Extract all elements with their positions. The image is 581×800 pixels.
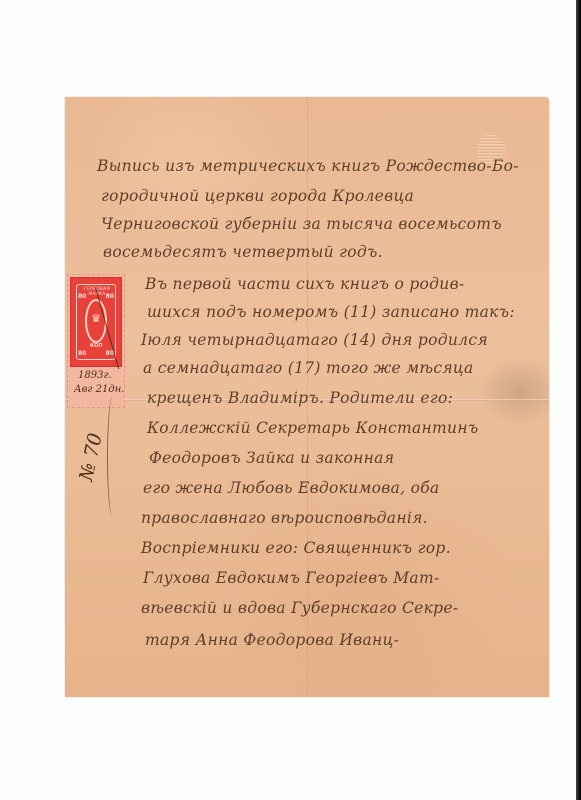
stamp-frame: ГЕРБОВАЯ МАРКА ♛ 80 80 80 80 КОП: [76, 284, 116, 360]
document-sheet: ГЕРБОВАЯ МАРКА ♛ 80 80 80 80 КОП 1893г. …: [65, 97, 549, 697]
text-line-10: Коллежскій Секретарь Константинъ: [147, 419, 478, 437]
stamp-note-date: Авг 21дн.: [74, 384, 124, 396]
revenue-stamp: ГЕРБОВАЯ МАРКА ♛ 80 80 80 80 КОП 1893г. …: [68, 275, 124, 407]
stamp-denomination-tr: 80: [106, 293, 114, 300]
text-line-16: вѣевскій и вдова Губернскаго Секре-: [141, 599, 458, 617]
stamp-denomination-bl: 80: [78, 350, 86, 357]
text-line-2: городичной церкви города Кролевца: [101, 187, 414, 205]
text-line-6: шихся подъ номеромъ (11) записано такъ:: [147, 303, 515, 321]
text-line-7: Іюля четырнадцатаго (14) дня родился: [141, 331, 488, 349]
text-line-11: Феодоровъ Зайка и законная: [149, 449, 394, 467]
text-line-1: Выпись изъ метрическихъ книгъ Рождество-…: [97, 157, 519, 175]
scan-edge-bar: [576, 0, 581, 800]
text-line-4: восемьдесятъ четвертый годъ.: [103, 243, 383, 261]
stamp-note-year: 1893г.: [78, 370, 112, 382]
text-line-5: Въ первой части сихъ книгъ о родив-: [145, 275, 464, 293]
stamp-currency: КОП: [90, 343, 103, 349]
stamp-face: ГЕРБОВАЯ МАРКА ♛ 80 80 80 80 КОП: [70, 277, 122, 367]
text-line-14: Воспріемники его: Священникъ гор.: [141, 539, 451, 557]
text-line-8: а семнадцатаго (17) того же мѣсяца: [143, 359, 474, 377]
text-line-12: его жена Любовь Евдокимова, оба: [143, 479, 440, 497]
text-line-17: таря Анна Феодорова Иванц-: [145, 631, 399, 649]
stamp-denomination-tl: 80: [78, 293, 86, 300]
text-line-9: крещенъ Владиміръ. Родители его:: [147, 389, 453, 407]
text-line-3: Черниговской губерніи за тысяча восемьсо…: [101, 215, 502, 233]
text-line-15: Глухова Евдокимъ Георгіевъ Мат-: [143, 569, 440, 587]
text-line-13: православнаго вѣроисповѣданія.: [141, 509, 428, 527]
